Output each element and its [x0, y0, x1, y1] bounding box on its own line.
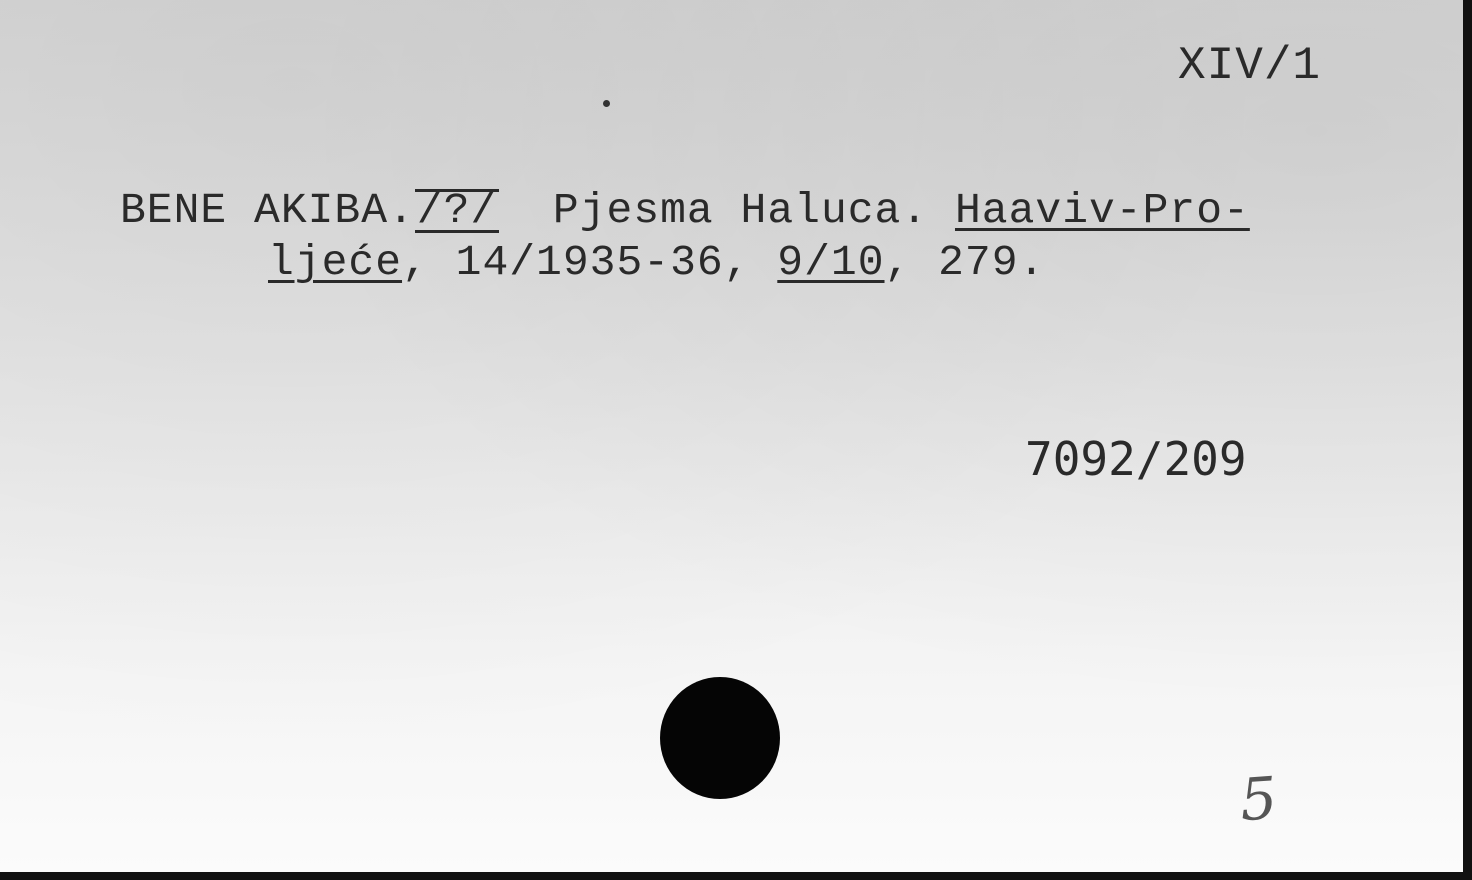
volume-years: , 14/1935-36, [402, 238, 777, 287]
call-number: 7092/209 [1025, 432, 1247, 486]
punch-hole [660, 677, 780, 799]
journal-title-part1: Haaviv-Pro- [955, 186, 1250, 235]
author: BENE AKIBA. [120, 186, 415, 235]
handwritten-mark: 5 [1238, 764, 1280, 834]
entry-line-1: BENE AKIBA./?/ Pjesma Haluca. Haaviv-Pro… [120, 186, 1250, 235]
page-number: , 279. [885, 238, 1046, 287]
article-title: Pjesma Haluca. [553, 186, 928, 235]
index-card: XIV/1 BENE AKIBA./?/ Pjesma Haluca. Haav… [0, 0, 1463, 872]
issue-number: 9/10 [777, 238, 884, 287]
entry-line-2: ljeće, 14/1935-36, 9/10, 279. [268, 238, 1045, 287]
uncertainty-bracket: /?/ [415, 189, 499, 233]
journal-title-part2: ljeće [268, 238, 402, 287]
shelf-mark: XIV/1 [1178, 40, 1321, 92]
ink-speck [603, 100, 610, 107]
